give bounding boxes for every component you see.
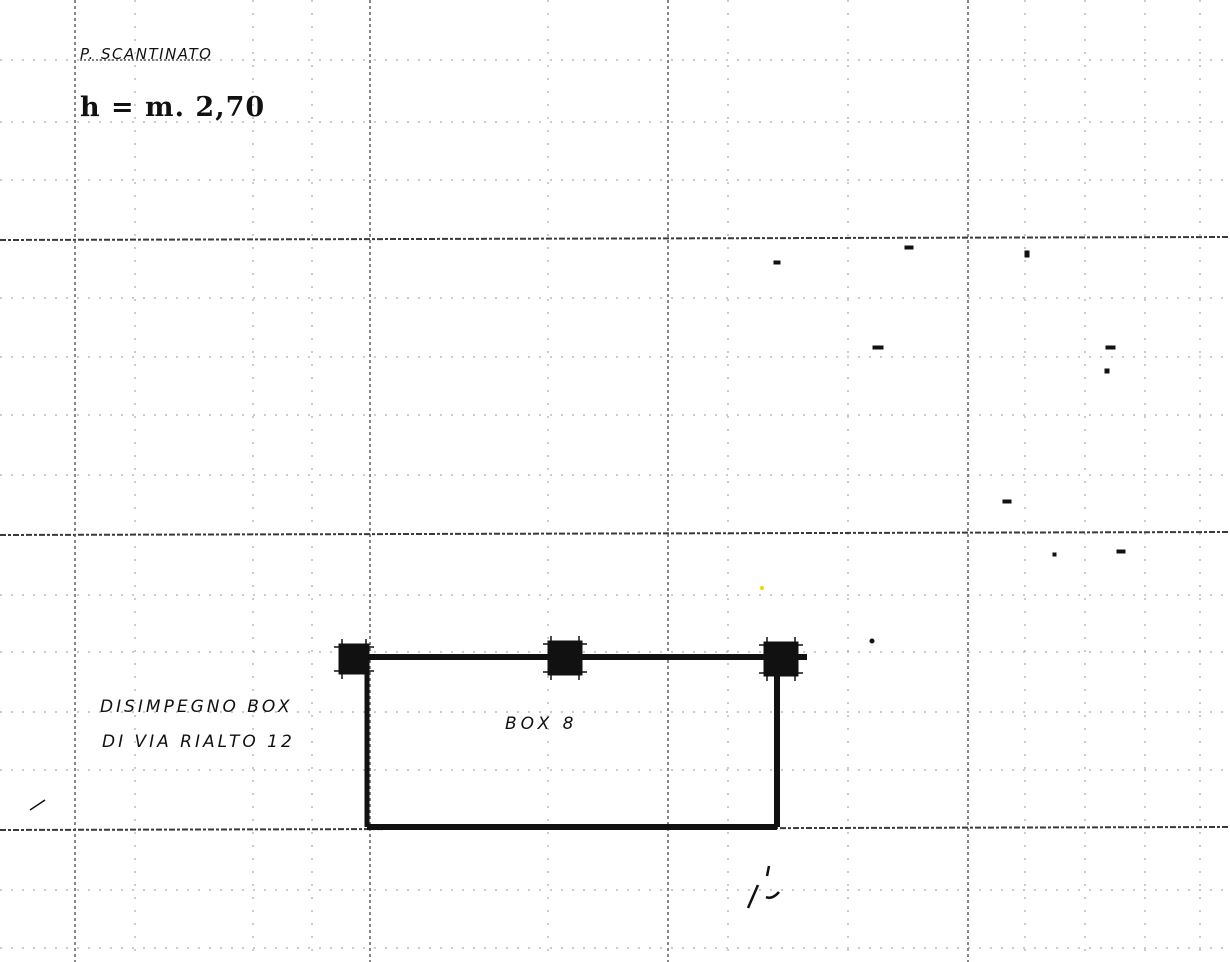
- ceiling-height-label: h = m. 2,70: [80, 92, 265, 123]
- plan-grid-and-walls: [0, 0, 1230, 962]
- stray-marks: [30, 246, 1125, 908]
- major-grid-vertical: [75, 0, 968, 962]
- floor-plan-canvas: P. SCANTINATO h = m. 2,70 DISIMPEGNO BOX…: [0, 0, 1230, 962]
- area-label-line1: DISIMPEGNO BOX: [100, 697, 292, 717]
- floor-level-label: P. SCANTINATO: [80, 45, 212, 63]
- area-label-line2: DI VIA RIALTO 12: [102, 732, 295, 752]
- minor-grid-horizontal: [0, 60, 1230, 948]
- unit-label: BOX 8: [505, 714, 577, 734]
